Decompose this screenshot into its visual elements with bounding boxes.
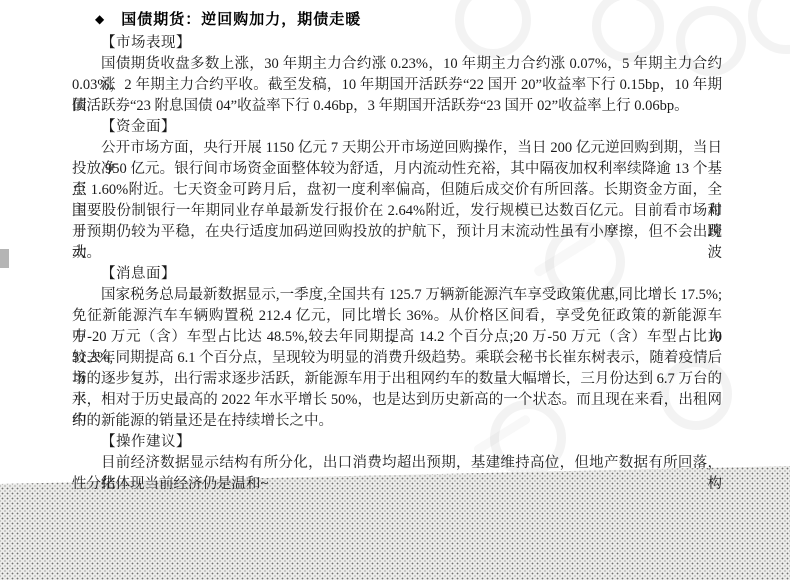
text-line: 国家税务总局最新数据显示,一季度,全国共有 125.7 万辆新能源汽车享受政策优… (72, 285, 722, 306)
text-line: 至 1.60%附近。七天资金可跨月后，盘初一度利率偏高，但随后成交价有所回落。长… (72, 180, 722, 201)
text-line: 月预期仍较为平稳，在央行适度加码逆回购投放的护航下，预计月末流动性虽有小摩擦，但… (72, 222, 722, 243)
text-line: 场的逐步复苏，出行需求逐步活跃，新能源车用于出租网约车的数量大幅增长，三月份达到… (72, 369, 722, 390)
text-line: 免征新能源汽车车辆购置税 212.4 亿元，同比增长 36%。从价格区间看，享受… (72, 306, 722, 327)
diamond-bullet-icon: ◆ (95, 7, 104, 31)
section-header-news: 【消息面】 (72, 264, 722, 285)
report-headline: ◆国债期货：逆回购加力，期债走暖 (0, 7, 790, 31)
text-line: 平，相对于历史最高的 2022 年水平增长 50%，也是达到历史新高的一个状态。… (72, 390, 722, 411)
text-line: 较去年同期提高 6.1 个百分点，呈现较为明显的消费升级趋势。乘联会秘书长崔东树… (72, 348, 722, 369)
text-line: 万-20 万元（含）车型占比达 48.5%,较去年同期提高 14.2 个百分点;… (72, 327, 722, 348)
text-line: 目前经济数据显示结构有所分化，出口消费均超出预期，基建维持高位，但地产数据有所回… (72, 453, 722, 474)
section-header-advice: 【操作建议】 (72, 432, 722, 453)
text-line: 公开市场方面，央行开展 1150 亿元 7 天期公开市场逆回购操作，当日 200… (72, 138, 722, 159)
scanned-report-page: ◆国债期货：逆回购加力，期债走暖 【市场表现】 国债期货收盘多数上涨，30 年期… (0, 0, 790, 580)
text-line: 0.03%，2 年期主力合约平收。截至发稿，10 年期国开活跃券“22 国开 2… (72, 75, 722, 96)
section-header-market-performance: 【市场表现】 (72, 33, 722, 54)
scan-edge-artifact (0, 249, 9, 268)
text-line: 债活跃券“23 附息国债 04”收益率下行 0.46bp，3 年期国开活跃券“2… (72, 96, 722, 117)
report-body: 【市场表现】 国债期货收盘多数上涨，30 年期主力合约涨 0.23%，10 年期… (72, 33, 722, 495)
section-header-funding: 【资金面】 (72, 117, 722, 138)
text-line: 投放 950 亿元。银行间市场资金面整体较为舒适，月内流动性充裕，其中隔夜加权利… (72, 159, 722, 180)
text-line: 国债期货收盘多数上涨，30 年期主力合约涨 0.23%，10 年期主力合约涨 0… (72, 54, 722, 75)
text-line: 主要股份制银行一年期同业存单最新发行报价在 2.64%附近，发行规模已达数百亿元… (72, 201, 722, 222)
report-headline-text: 国债期货：逆回购加力，期债走暖 (121, 8, 361, 32)
text-line: 中的新能源的销量还是在持续增长之中。 (72, 411, 722, 432)
